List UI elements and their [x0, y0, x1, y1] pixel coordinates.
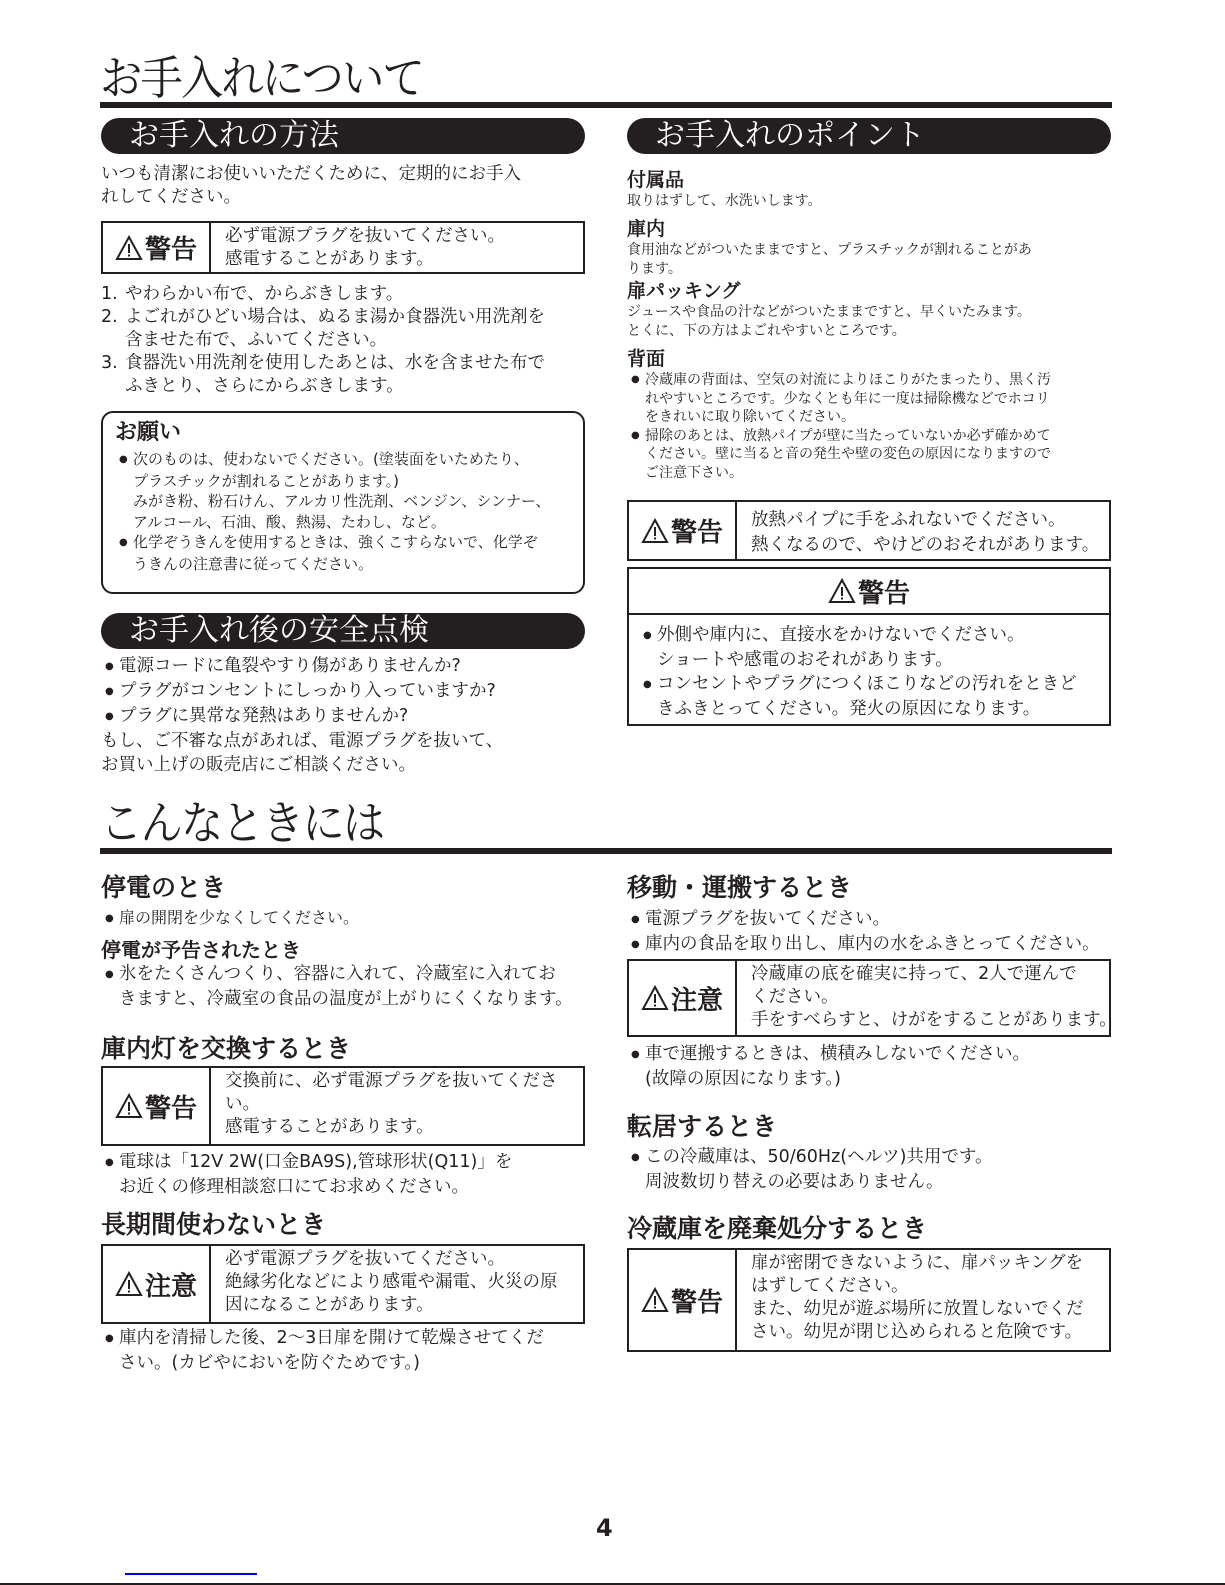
caution-line: 必ず電源プラグを抜いてください。	[225, 1248, 558, 1271]
link-underline[interactable]	[125, 1573, 257, 1575]
back-item: 掃除のあとは、放熱パイプが壁に当たっていないか必ず確かめてください。壁に当ると音…	[627, 427, 1117, 483]
page-title-trouble: こんなときには	[100, 800, 383, 846]
moving-after-item: 車で運搬するときは、横積みしないでください。(故障の原因になります。)	[627, 1042, 1135, 1092]
warning-label-text: 警告	[858, 573, 910, 610]
outage-item: 扉の開閉を少なくしてください。	[101, 907, 591, 930]
method-steps: 1.やわらかい布で、からぶきします。 2.よごれがひどい場合は、ぬるま湯か食器洗…	[101, 283, 591, 398]
warning-text: 放熱パイプに手をふれないでください。 熱くなるので、やけどのおそれがあります。	[737, 502, 1099, 559]
warning-line: 扉が密閉できないように、扉パッキングを	[751, 1252, 1084, 1275]
section-heading-points: お手入れのポイント	[627, 118, 1111, 154]
warning-line: 感電することがあります。	[225, 1116, 558, 1139]
title-rule	[100, 102, 1112, 108]
warning-label: 警告	[629, 1250, 737, 1350]
warning-label-text: 警告	[145, 1088, 197, 1125]
warning-triangle-icon	[115, 1271, 143, 1297]
outage-section: 停電のとき 扉の開閉を少なくしてください。 停電が予告されたとき 氷をたくさんつ…	[101, 873, 591, 1011]
title-rule	[100, 848, 1112, 854]
warning-box-lamp: 警告 交換前に、必ず電源プラグを抜いてくださ い。 感電することがあります。	[101, 1066, 585, 1146]
warning-line: 放熱パイプに手をふれないでください。	[751, 508, 1099, 533]
long-unused-heading: 長期間使わないとき	[101, 1210, 326, 1240]
big-warning-line: きふきとってください。発火の原因になります。	[657, 699, 1040, 719]
intro-line: れしてください。	[101, 186, 591, 209]
relocation-line: この冷蔵庫は、50/60Hz(ヘルツ)共用です。	[645, 1147, 993, 1167]
request-line: アルコール、石油、酸、熱湯、たわし、など。	[133, 513, 446, 531]
request-line: 化学ぞうきんを使用するときは、強くこすらないで、化学ぞ	[133, 533, 538, 551]
step-text: やわらかい布で、からぶきします。	[125, 284, 403, 304]
step-num: 2.	[101, 306, 125, 329]
warning-box-disposal: 警告 扉が密閉できないように、扉パッキングを はずしてください。 また、幼児が遊…	[627, 1248, 1111, 1352]
big-warning-line: 外側や庫内に、直接水をかけないでください。	[657, 625, 1025, 645]
warning-triangle-icon	[828, 578, 856, 604]
caution-label-text: 注意	[145, 1266, 197, 1303]
page-title-care: お手入れについて	[100, 55, 423, 101]
point-title-accessories: 付属品	[627, 168, 1117, 192]
caution-line: ください。	[751, 986, 1117, 1009]
point-title-back: 背面	[627, 347, 1117, 371]
outage-sub-heading: 停電が予告されたとき	[101, 938, 591, 962]
warning-line: 感電することがあります。	[225, 248, 505, 271]
warning-triangle-icon	[115, 235, 143, 261]
request-line: みがき粉、粉石けん、アルカリ性洗剤、ベンジン、シンナー、	[133, 492, 550, 510]
warning-line: 交換前に、必ず電源プラグを抜いてくださ	[225, 1070, 558, 1093]
back-line: れやすいところです。少なくとも年に一度は掃除機などでホコリ	[645, 391, 1050, 407]
safety-footer-line: もし、ご不審な点があれば、電源プラグを抜いて、	[101, 729, 591, 753]
outage-sub-item: 氷をたくさんつくり、容器に入れて、冷蔵室に入れておきますと、冷蔵室の食品の温度が…	[101, 962, 591, 1011]
disposal-heading: 冷蔵庫を廃棄処分するとき	[627, 1214, 927, 1244]
point-text: ジュースや食品の汁などがついたままですと、早くいたみます。	[627, 303, 1117, 322]
warning-text: 必ず電源プラグを抜いてください。 感電することがあります。	[211, 223, 505, 272]
warning-line: 必ず電源プラグを抜いてください。	[225, 225, 505, 248]
points-content: 付属品 取りはずして、水洗いします。 庫内 食用油などがついたままですと、プラス…	[627, 168, 1117, 482]
warning-triangle-icon	[641, 985, 669, 1011]
point-text: 取りはずして、水洗いします。	[627, 192, 1117, 211]
caution-line: 手をすべらすと、けがをすることがあります。	[751, 1009, 1117, 1032]
lamp-line: 電球は「12V 2W(口金BA9S),管球形状(Q11)」を	[119, 1152, 512, 1172]
caution-text: 必ず電源プラグを抜いてください。 絶縁劣化などにより感電や漏電、火災の原 因にな…	[211, 1246, 558, 1322]
back-line: をきれいに取り除いてください。	[645, 409, 855, 425]
point-title-gasket: 扉パッキング	[627, 279, 1117, 303]
warning-label: 警告	[103, 223, 211, 272]
big-warning-item: 外側や庫内に、直接水をかけないでください。ショートや感電のおそれがあります。	[639, 623, 1101, 672]
warning-label-text: 警告	[671, 512, 723, 549]
page-number: 4	[596, 1514, 613, 1542]
moving-heading: 移動・運搬するとき	[627, 873, 1117, 903]
moving-item: 庫内の食品を取り出し、庫内の水をふきとってください。	[627, 932, 1117, 957]
warning-label: 警告	[103, 1068, 211, 1144]
step-item: 3.食器洗い用洗剤を使用したあとは、水を含ませた布でふきとり、さらにからぶきしま…	[101, 352, 591, 398]
point-text: とくに、下の方はよごれやすいところです。	[627, 322, 1117, 341]
step-num: 3.	[101, 352, 125, 375]
lamp-line: お近くの修理相談窓口にてお求めください。	[119, 1177, 469, 1197]
warning-line: はずしてください。	[751, 1275, 1084, 1298]
relocation-heading: 転居するとき	[627, 1112, 777, 1142]
outage-sub-line: きますと、冷蔵室の食品の温度が上がりにくくなります。	[119, 989, 573, 1009]
step-item: 2.よごれがひどい場合は、ぬるま湯か食器洗い用洗剤を含ませた布で、ふいてください…	[101, 306, 591, 352]
section-heading-safety: お手入れ後の安全点検	[101, 613, 585, 649]
point-text: ります。	[627, 260, 1117, 279]
request-heading: お願い	[115, 419, 573, 447]
moving-after-line: (故障の原因になります。)	[645, 1069, 841, 1089]
caution-line: 冷蔵庫の底を確実に持って、2人で運んで	[751, 963, 1117, 986]
section-heading-method: お手入れの方法	[101, 118, 585, 154]
outage-sub-line: 氷をたくさんつくり、容器に入れて、冷蔵室に入れてお	[119, 964, 556, 984]
long-unused-item: 庫内を清掃した後、2〜3日扉を開けて乾燥させてください。(カビやにおいを防ぐため…	[101, 1326, 609, 1375]
step-text: ふきとり、さらにからぶきします。	[125, 376, 404, 396]
outage-heading: 停電のとき	[101, 873, 591, 903]
big-warning-item: コンセントやプラグにつくほこりなどの汚れをときどきふきとってください。発火の原因…	[639, 672, 1101, 721]
step-item: 1.やわらかい布で、からぶきします。	[101, 283, 591, 306]
request-item: 次のものは、使わないでください。(塗装面をいためたり、プラスチックが割れることが…	[115, 449, 573, 532]
caution-box-moving: 注意 冷蔵庫の底を確実に持って、2人で運んで ください。 手をすべらすと、けがを…	[627, 959, 1111, 1037]
big-warning-header: 警告	[629, 569, 1109, 615]
caution-label-text: 注意	[671, 980, 723, 1017]
warning-box-pipe: 警告 放熱パイプに手をふれないでください。 熱くなるので、やけどのおそれがありま…	[627, 500, 1111, 561]
moving-after-line: 車で運搬するときは、横積みしないでください。	[645, 1044, 1030, 1064]
caution-text: 冷蔵庫の底を確実に持って、2人で運んで ください。 手をすべらすと、けがをするこ…	[737, 961, 1117, 1035]
request-line: プラスチックが割れることがあります。)	[133, 472, 399, 490]
request-item: 化学ぞうきんを使用するときは、強くこすらないで、化学ぞうきんの注意書に従ってくだ…	[115, 532, 573, 574]
lamp-heading: 庫内灯を交換するとき	[101, 1034, 351, 1064]
big-warning-line: コンセントやプラグにつくほこりなどの汚れをときど	[657, 674, 1077, 694]
safety-item: プラグに異常な発熱はありませんか?	[101, 704, 591, 729]
intro-line: いつも清潔にお使いいただくために、定期的にお手入	[101, 163, 591, 186]
warning-label: 警告	[629, 502, 737, 559]
warning-line: さい。幼児が閉じ込められると危険です。	[751, 1321, 1084, 1344]
caution-label: 注意	[629, 961, 737, 1035]
point-title-interior: 庫内	[627, 217, 1117, 241]
warning-label-text: 警告	[145, 229, 197, 266]
safety-item: プラグがコンセントにしっかり入っていますか?	[101, 679, 591, 704]
big-warning-line: ショートや感電のおそれがあります。	[657, 650, 953, 670]
back-line: 掃除のあとは、放熱パイプが壁に当たっていないか必ず確かめて	[645, 428, 1051, 444]
moving-item: 電源プラグを抜いてください。	[627, 907, 1117, 932]
caution-label: 注意	[103, 1246, 211, 1322]
caution-line: 絶縁劣化などにより感電や漏電、火災の原	[225, 1271, 558, 1294]
warning-triangle-icon	[115, 1093, 143, 1119]
request-line: 次のものは、使わないでください。(塗装面をいためたり、	[133, 450, 529, 468]
step-text: 食器洗い用洗剤を使用したあとは、水を含ませた布で	[125, 353, 545, 373]
long-unused-line: 庫内を清掃した後、2〜3日扉を開けて乾燥させてくだ	[119, 1328, 544, 1348]
moving-section: 移動・運搬するとき 電源プラグを抜いてください。 庫内の食品を取り出し、庫内の水…	[627, 873, 1117, 957]
warning-label-text: 警告	[671, 1282, 723, 1319]
request-box: お願い 次のものは、使わないでください。(塗装面をいためたり、プラスチックが割れ…	[101, 411, 585, 594]
step-text: よごれがひどい場合は、ぬるま湯か食器洗い用洗剤を	[125, 307, 545, 327]
warning-box-water: 警告 外側や庫内に、直接水をかけないでください。ショートや感電のおそれがあります…	[627, 567, 1111, 726]
back-line: ご注意下さい。	[645, 465, 743, 481]
big-warning-body: 外側や庫内に、直接水をかけないでください。ショートや感電のおそれがあります。 コ…	[629, 615, 1109, 727]
step-text: 含ませた布で、ふいてください。	[125, 330, 387, 350]
warning-line: い。	[225, 1093, 558, 1116]
back-item: 冷蔵庫の背面は、空気の対流によりほこりがたまったり、黒く汚れやすいところです。少…	[627, 371, 1117, 427]
safety-item: 電源コードに亀裂やすり傷がありませんか?	[101, 654, 591, 679]
warning-triangle-icon	[641, 1287, 669, 1313]
caution-box-long-unused: 注意 必ず電源プラグを抜いてください。 絶縁劣化などにより感電や漏電、火災の原 …	[101, 1244, 585, 1324]
warning-triangle-icon	[641, 518, 669, 544]
relocation-item: この冷蔵庫は、50/60Hz(ヘルツ)共用です。周波数切り替えの必要はありません…	[627, 1145, 1135, 1194]
step-num: 1.	[101, 283, 125, 306]
warning-line: 熱くなるので、やけどのおそれがあります。	[751, 533, 1099, 558]
safety-checklist: 電源コードに亀裂やすり傷がありませんか? プラグがコンセントにしっかり入っていま…	[101, 654, 591, 777]
request-line: うきんの注意書に従ってください。	[133, 555, 373, 573]
long-unused-line: さい。(カビやにおいを防ぐためです。)	[119, 1353, 420, 1373]
back-line: ください。壁に当ると音の発生や壁の変色の原因になりますので	[645, 446, 1051, 462]
caution-line: 因になることがあります。	[225, 1294, 558, 1317]
method-intro: いつも清潔にお使いいただくために、定期的にお手入 れしてください。	[101, 163, 591, 209]
point-text: 食用油などがついたままですと、プラスチックが割れることがあ	[627, 241, 1117, 260]
relocation-line: 周波数切り替えの必要はありません。	[645, 1172, 944, 1192]
warning-text: 扉が密閉できないように、扉パッキングを はずしてください。 また、幼児が遊ぶ場所…	[737, 1250, 1084, 1350]
lamp-item: 電球は「12V 2W(口金BA9S),管球形状(Q11)」をお近くの修理相談窓口…	[101, 1150, 609, 1199]
back-line: 冷蔵庫の背面は、空気の対流によりほこりがたまったり、黒く汚	[645, 372, 1051, 388]
warning-line: また、幼児が遊ぶ場所に放置しないでくだ	[751, 1298, 1084, 1321]
safety-footer-line: お買い上げの販売店にご相談ください。	[101, 753, 591, 777]
warning-text: 交換前に、必ず電源プラグを抜いてくださ い。 感電することがあります。	[211, 1068, 558, 1144]
warning-box-unplug: 警告 必ず電源プラグを抜いてください。 感電することがあります。	[101, 221, 585, 274]
